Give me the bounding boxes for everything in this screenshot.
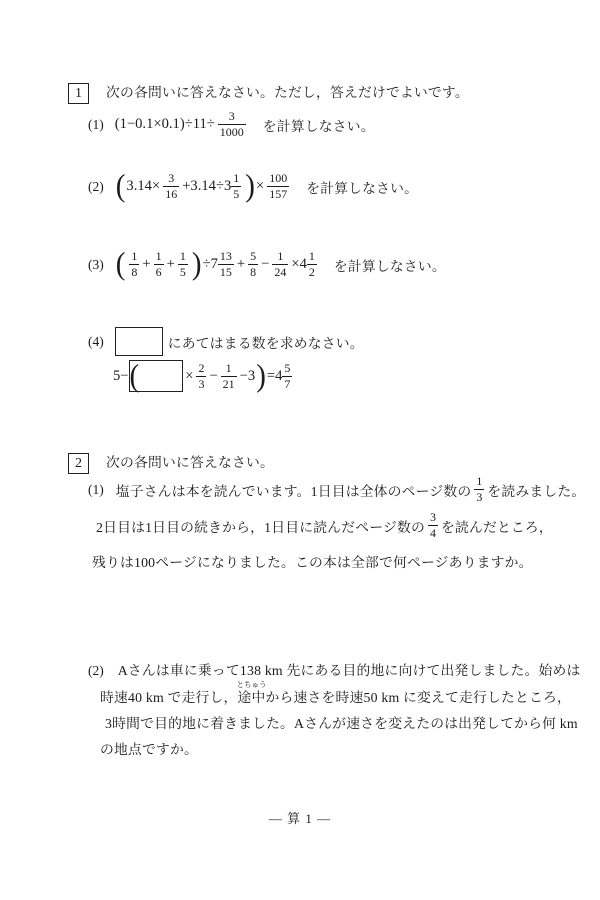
open-paren: ( <box>130 360 140 392</box>
fraction-numerator: 1 <box>272 249 288 265</box>
fraction-numerator: 13 <box>218 249 234 265</box>
formula-text: 3.14× <box>126 178 160 195</box>
story-text: Aさんは車に乗って138 km 先にある目的地に向けて出発しました。始めは <box>118 663 581 678</box>
formula-text: 5− <box>113 368 129 385</box>
open-paren: ( <box>116 249 126 281</box>
story-text: から速さを時速50 km に変えて走行したところ， <box>266 690 571 705</box>
fraction-numerator: 5 <box>248 249 258 265</box>
fraction-numerator: 1 <box>129 249 139 265</box>
formula-text: − <box>209 368 217 385</box>
problem-1-4: (4) にあてはまる数を求めなさい。 <box>88 327 364 356</box>
instruction-text: を計算しなさい。 <box>263 115 375 135</box>
prompt-text: にあてはまる数を求めなさい。 <box>168 332 364 352</box>
fraction-denominator: 1000 <box>218 125 246 140</box>
section-2-title: 次の各問いに答えなさい。 <box>106 455 274 470</box>
fraction-denominator: 8 <box>129 265 139 280</box>
section-2-number-box: 2 <box>68 453 89 474</box>
story-text: 2日目は1日目の続きから，1日目に読んだページ数の <box>96 516 425 536</box>
story-text: 3時間で目的地に着きました。Aさんが速さを変えたのは出発してから何 km <box>105 716 578 731</box>
fraction: 13 <box>474 474 484 505</box>
fraction-numerator: 1 <box>154 249 164 265</box>
fraction: 316 <box>163 171 179 202</box>
problem-1-2: (2) ( 3.14× 316 +3.14÷3 15 ) × 100157 を計… <box>88 171 418 202</box>
fraction: 34 <box>428 510 438 541</box>
fraction: 57 <box>282 361 292 392</box>
formula-text: + <box>167 256 175 273</box>
fraction: 31000 <box>218 109 246 140</box>
fraction-numerator: 3 <box>163 171 179 187</box>
fraction-denominator: 5 <box>231 187 241 202</box>
problem-1-4-label: (4) <box>88 334 104 350</box>
formula-text: (1−0.1×0.1)÷11÷ <box>115 116 215 133</box>
fraction-numerator: 1 <box>474 474 484 490</box>
fraction: 124 <box>272 249 288 280</box>
fraction-numerator: 3 <box>428 510 438 526</box>
story-text: 塩子さんは本を読んでいます。1日目は全体のページ数の <box>116 480 472 500</box>
instruction-text: を計算しなさい。 <box>306 177 418 197</box>
fraction-denominator: 2 <box>307 265 317 280</box>
close-paren: ) <box>192 249 202 281</box>
fraction: 18 <box>129 249 139 280</box>
fraction-denominator: 8 <box>248 265 258 280</box>
fraction-denominator: 5 <box>178 265 188 280</box>
story-text: を読んだところ， <box>441 516 553 536</box>
close-paren: ) <box>245 171 255 203</box>
story-text: の地点ですか。 <box>100 742 198 757</box>
story-text: 時速40 km で走行し， <box>100 690 238 705</box>
fraction: 15 <box>231 171 241 202</box>
problem-2-1-line-3: 残りは100ページになりました。この本は全部で何ページありますか。 <box>92 551 533 572</box>
fraction-denominator: 15 <box>218 265 234 280</box>
problem-2-1-label: (1) <box>88 482 104 498</box>
fraction: 121 <box>221 361 237 392</box>
section-1-number-box: 1 <box>68 83 89 104</box>
problem-1-3-label: (3) <box>88 257 104 273</box>
fraction: 58 <box>248 249 258 280</box>
section-2-header: 2 次の各問いに答えなさい。 <box>68 451 274 474</box>
page-footer: ― 算 1 ― <box>0 808 600 827</box>
fraction-numerator: 1 <box>231 171 241 187</box>
furigana-reading: とちゅう <box>237 679 267 690</box>
furigana-word: とちゅう途中 <box>238 686 266 707</box>
fraction: 100157 <box>267 171 289 202</box>
fraction-denominator: 3 <box>474 490 484 505</box>
formula-text: +3.14÷3 <box>182 178 231 195</box>
problem-2-2-line-2: 時速40 km で走行し，とちゅう途中から速さを時速50 km に変えて走行した… <box>100 686 571 707</box>
problem-2-2-line-4: の地点ですか。 <box>100 738 198 759</box>
formula-text: −3 <box>240 368 256 385</box>
fraction-denominator: 157 <box>267 187 289 202</box>
formula-text: + <box>142 256 150 273</box>
fraction-denominator: 16 <box>163 187 179 202</box>
formula-text: ×4 <box>291 256 307 273</box>
open-paren: ( <box>116 171 126 203</box>
fraction: 12 <box>307 249 317 280</box>
problem-1-4-equation: 5− ( × 23 − 121 −3 ) =4 57 <box>113 360 295 392</box>
fraction: 1315 <box>218 249 234 280</box>
fraction-denominator: 4 <box>428 526 438 541</box>
section-1-title: 次の各問いに答えなさい。ただし，答えだけでよいです。 <box>106 85 469 100</box>
fraction-numerator: 5 <box>282 361 292 377</box>
problem-2-2-line-3: 3時間で目的地に着きました。Aさんが速さを変えたのは出発してから何 km <box>105 712 578 733</box>
formula-text: ÷7 <box>203 256 218 273</box>
fraction-denominator: 21 <box>221 377 237 392</box>
section-1-header: 1 次の各問いに答えなさい。ただし，答えだけでよいです。 <box>68 81 469 104</box>
fraction: 23 <box>196 361 206 392</box>
exam-page: 1 次の各問いに答えなさい。ただし，答えだけでよいです。 (1) (1−0.1×… <box>0 0 600 900</box>
story-text: 途中 <box>238 690 266 705</box>
problem-2-2-line-1: (2) Aさんは車に乗って138 km 先にある目的地に向けて出発しました。始め… <box>88 659 580 680</box>
fraction-denominator: 3 <box>196 377 206 392</box>
fraction: 16 <box>154 249 164 280</box>
problem-2-2-label: (2) <box>88 663 104 678</box>
problem-2-1-line-2: 2日目は1日目の続きから，1日目に読んだページ数の 34 を読んだところ， <box>96 510 553 541</box>
fraction: 15 <box>178 249 188 280</box>
fraction-numerator: 3 <box>218 109 246 125</box>
formula-text: − <box>261 256 269 273</box>
fraction-numerator: 100 <box>267 171 289 187</box>
fraction-numerator: 1 <box>307 249 317 265</box>
problem-1-2-label: (2) <box>88 179 104 195</box>
fraction-numerator: 1 <box>178 249 188 265</box>
problem-1-1: (1) (1−0.1×0.1)÷11÷ 31000 を計算しなさい。 <box>88 109 375 140</box>
close-paren: ) <box>256 360 266 392</box>
fraction-numerator: 1 <box>221 361 237 377</box>
problem-1-3: (3) ( 18 + 16 + 15 ) ÷7 1315 + 58 − 124 … <box>88 249 446 280</box>
formula-text: × <box>185 368 193 385</box>
instruction-text: を計算しなさい。 <box>334 255 446 275</box>
formula-text: =4 <box>267 368 283 385</box>
story-text: 残りは100ページになりました。この本は全部で何ページありますか。 <box>92 555 533 570</box>
answer-blank-box <box>115 327 163 356</box>
problem-2-1-line-1: (1) 塩子さんは本を読んでいます。1日目は全体のページ数の 13 を読みました… <box>88 474 585 505</box>
fraction-numerator: 2 <box>196 361 206 377</box>
fraction-denominator: 7 <box>282 377 292 392</box>
formula-text: + <box>237 256 245 273</box>
formula-text: × <box>256 178 264 195</box>
problem-1-1-label: (1) <box>88 117 104 133</box>
story-text: を読みました。 <box>487 480 585 500</box>
fraction-denominator: 24 <box>272 265 288 280</box>
fraction-denominator: 6 <box>154 265 164 280</box>
